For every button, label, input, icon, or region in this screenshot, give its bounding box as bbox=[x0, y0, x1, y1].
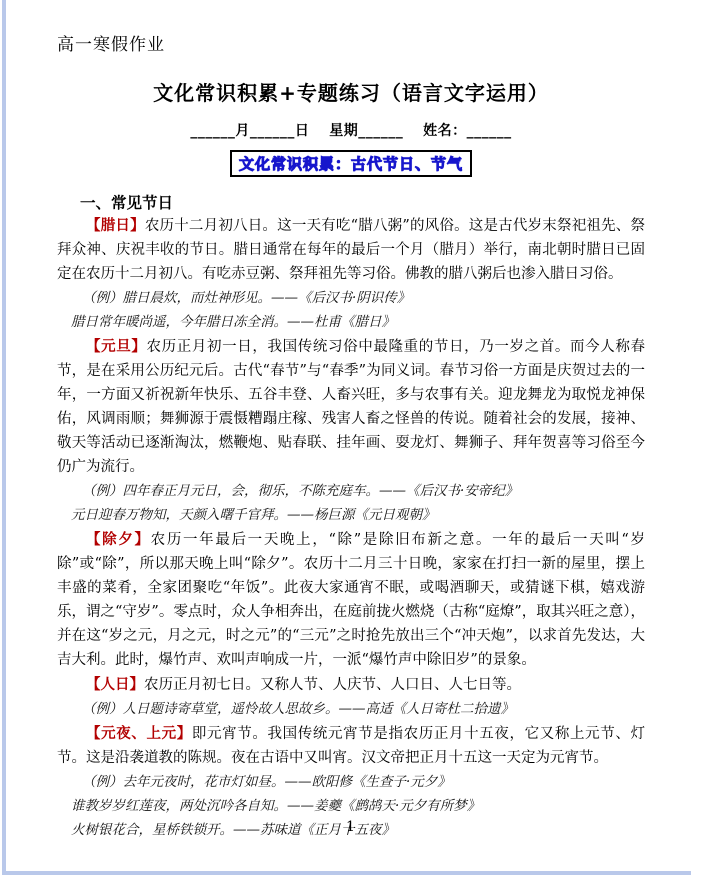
entry-yuandan-example-1: （例）四年春正月元日，会，彻乐，不陈充庭车。——《后汉书·安帝纪》 bbox=[57, 479, 645, 503]
entry-yuandan-body: 农历正月初一日，我国传统习俗中最隆重的节日，乃一岁之首。而今人称春节，是在采用公… bbox=[57, 339, 645, 475]
page-number: 1 bbox=[0, 819, 701, 835]
banner-row: 文化常识积累：古代节日、节气 bbox=[57, 150, 645, 177]
entry-yuanye-example-1: （例）去年元夜时，花市灯如昼。——欧阳修《生查子·元夕》 bbox=[57, 770, 645, 794]
entry-yuanye-example-2: 谁教岁岁红莲夜，两处沉吟各自知。——姜夔《鹧鸪天·元夕有所梦》 bbox=[57, 794, 645, 818]
entry-yuandan-paragraph: 【元旦】农历正月初一日，我国传统习俗中最隆重的节日，乃一岁之首。而今人称春节，是… bbox=[57, 335, 645, 479]
entry-chuxi-paragraph: 【除夕】农历一年最后一天晚上，“除”是除旧布新之意。一年的最后一天叫“岁除”或“… bbox=[57, 528, 645, 672]
left-edge-border bbox=[2, 0, 6, 875]
entry-chuxi-body: 农历一年最后一天晚上，“除”是除旧布新之意。一年的最后一天叫“岁除”或“除”，所… bbox=[57, 532, 645, 668]
entry-yuandan-term: 【元旦】 bbox=[86, 339, 147, 355]
entry-lari-body: 农历十二月初八日。这一天有吃“腊八粥”的风俗。这是古代岁末祭祀祖先、祭拜众神、庆… bbox=[57, 218, 645, 282]
entry-yuanye-paragraph: 【元夜、上元】即元宵节。我国传统元宵节是指农历正月十五夜，它又称上元节、灯节。这… bbox=[57, 722, 645, 770]
document-page: 高一寒假作业 文化常识积累+专题练习（语言文字运用） ______月______… bbox=[0, 0, 701, 842]
date-name-line: ______月______日 星期______ 姓名：______ bbox=[57, 120, 645, 140]
entry-lari-paragraph: 【腊日】农历十二月初八日。这一天有吃“腊八粥”的风俗。这是古代岁末祭祀祖先、祭拜… bbox=[57, 214, 645, 286]
corner-label: 高一寒假作业 bbox=[57, 30, 645, 55]
entry-yuandan-example-2: 元日迎春万物知，天颜入曙千官拜。——杨巨源《元日观朝》 bbox=[57, 503, 645, 527]
banner-title: 文化常识积累：古代节日、节气 bbox=[239, 155, 463, 173]
entry-renri-term: 【人日】 bbox=[86, 677, 144, 693]
entry-lari-example-2: 腊日常年暖尚遥，今年腊日冻全消。——杜甫《腊日》 bbox=[57, 310, 645, 334]
section-heading: 一、常见节日 bbox=[57, 191, 645, 213]
entry-renri-paragraph: 【人日】农历正月初七日。又称人节、人庆节、人口日、人七日等。 bbox=[57, 673, 645, 697]
page-title: 文化常识积累+专题练习（语言文字运用） bbox=[57, 77, 645, 106]
entry-lari-term: 【腊日】 bbox=[86, 218, 145, 234]
bottom-edge-border bbox=[2, 871, 691, 875]
entry-yuanye-term: 【元夜、上元】 bbox=[86, 726, 192, 742]
banner-box: 文化常识积累：古代节日、节气 bbox=[230, 150, 472, 177]
entry-chuxi-term: 【除夕】 bbox=[86, 532, 151, 548]
entry-renri-example-1: （例）人日题诗寄草堂，遥怜故人思故乡。——高适《人日寄杜二拾遗》 bbox=[57, 697, 645, 721]
entry-lari-example-1: （例）腊日晨炊，而灶神形见。——《后汉书·阴识传》 bbox=[57, 286, 645, 310]
entry-renri-body: 农历正月初七日。又称人节、人庆节、人口日、人七日等。 bbox=[144, 677, 521, 693]
